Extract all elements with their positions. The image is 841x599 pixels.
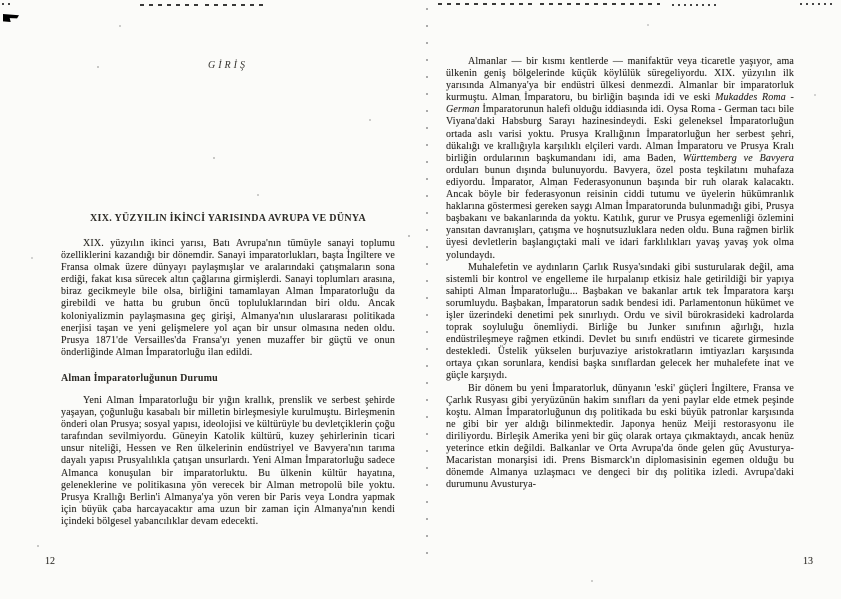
scan-artifact-dots: [672, 4, 720, 6]
paragraph: Almanlar — bir kısmı kentlerde — manifak…: [446, 56, 794, 262]
scan-artifact-dashes: [205, 4, 263, 6]
page-gutter-shadow: [426, 8, 428, 568]
running-head: GİRİŞ: [61, 60, 395, 72]
scan-artifact-dots: [2, 3, 14, 5]
left-page: GİRİŞ XIX. YÜZYILIN İKİNCİ YARISINDA AVR…: [61, 60, 395, 528]
page-number-left: 12: [45, 556, 55, 567]
paragraph: Bir dönem bu yeni İmparatorluk, dünyanın…: [446, 383, 794, 492]
section-heading: Alman İmparatorluğunun Durumu: [61, 372, 395, 385]
scan-artifact-blob: [3, 14, 19, 22]
paragraph: XIX. yüzyılın ikinci yarısı, Batı Avrupa…: [61, 238, 395, 359]
scan-artifact-dashes: [540, 3, 660, 5]
scan-artifact-dots: [800, 3, 834, 5]
scan-artifact-dashes: [140, 4, 198, 6]
chapter-heading: XIX. YÜZYILIN İKİNCİ YARISINDA AVRUPA VE…: [61, 212, 395, 225]
italic-phrase: Württemberg ve Bavyera: [683, 153, 794, 164]
paragraph: Muhalefetin ve aydınların Çarlık Rusya's…: [446, 262, 794, 383]
right-page: Almanlar — bir kısmı kentlerde — manifak…: [446, 56, 794, 491]
paragraph-text: orduları bunun dışında bulunuyordu. Bavy…: [446, 165, 794, 261]
page-number-right: 13: [803, 556, 813, 567]
paragraph: Yeni Alman İmparatorluğu bir yığın krall…: [61, 395, 395, 528]
scan-artifact-dashes: [438, 3, 533, 5]
scanned-book-spread: GİRİŞ XIX. YÜZYILIN İKİNCİ YARISINDA AVR…: [0, 0, 841, 599]
